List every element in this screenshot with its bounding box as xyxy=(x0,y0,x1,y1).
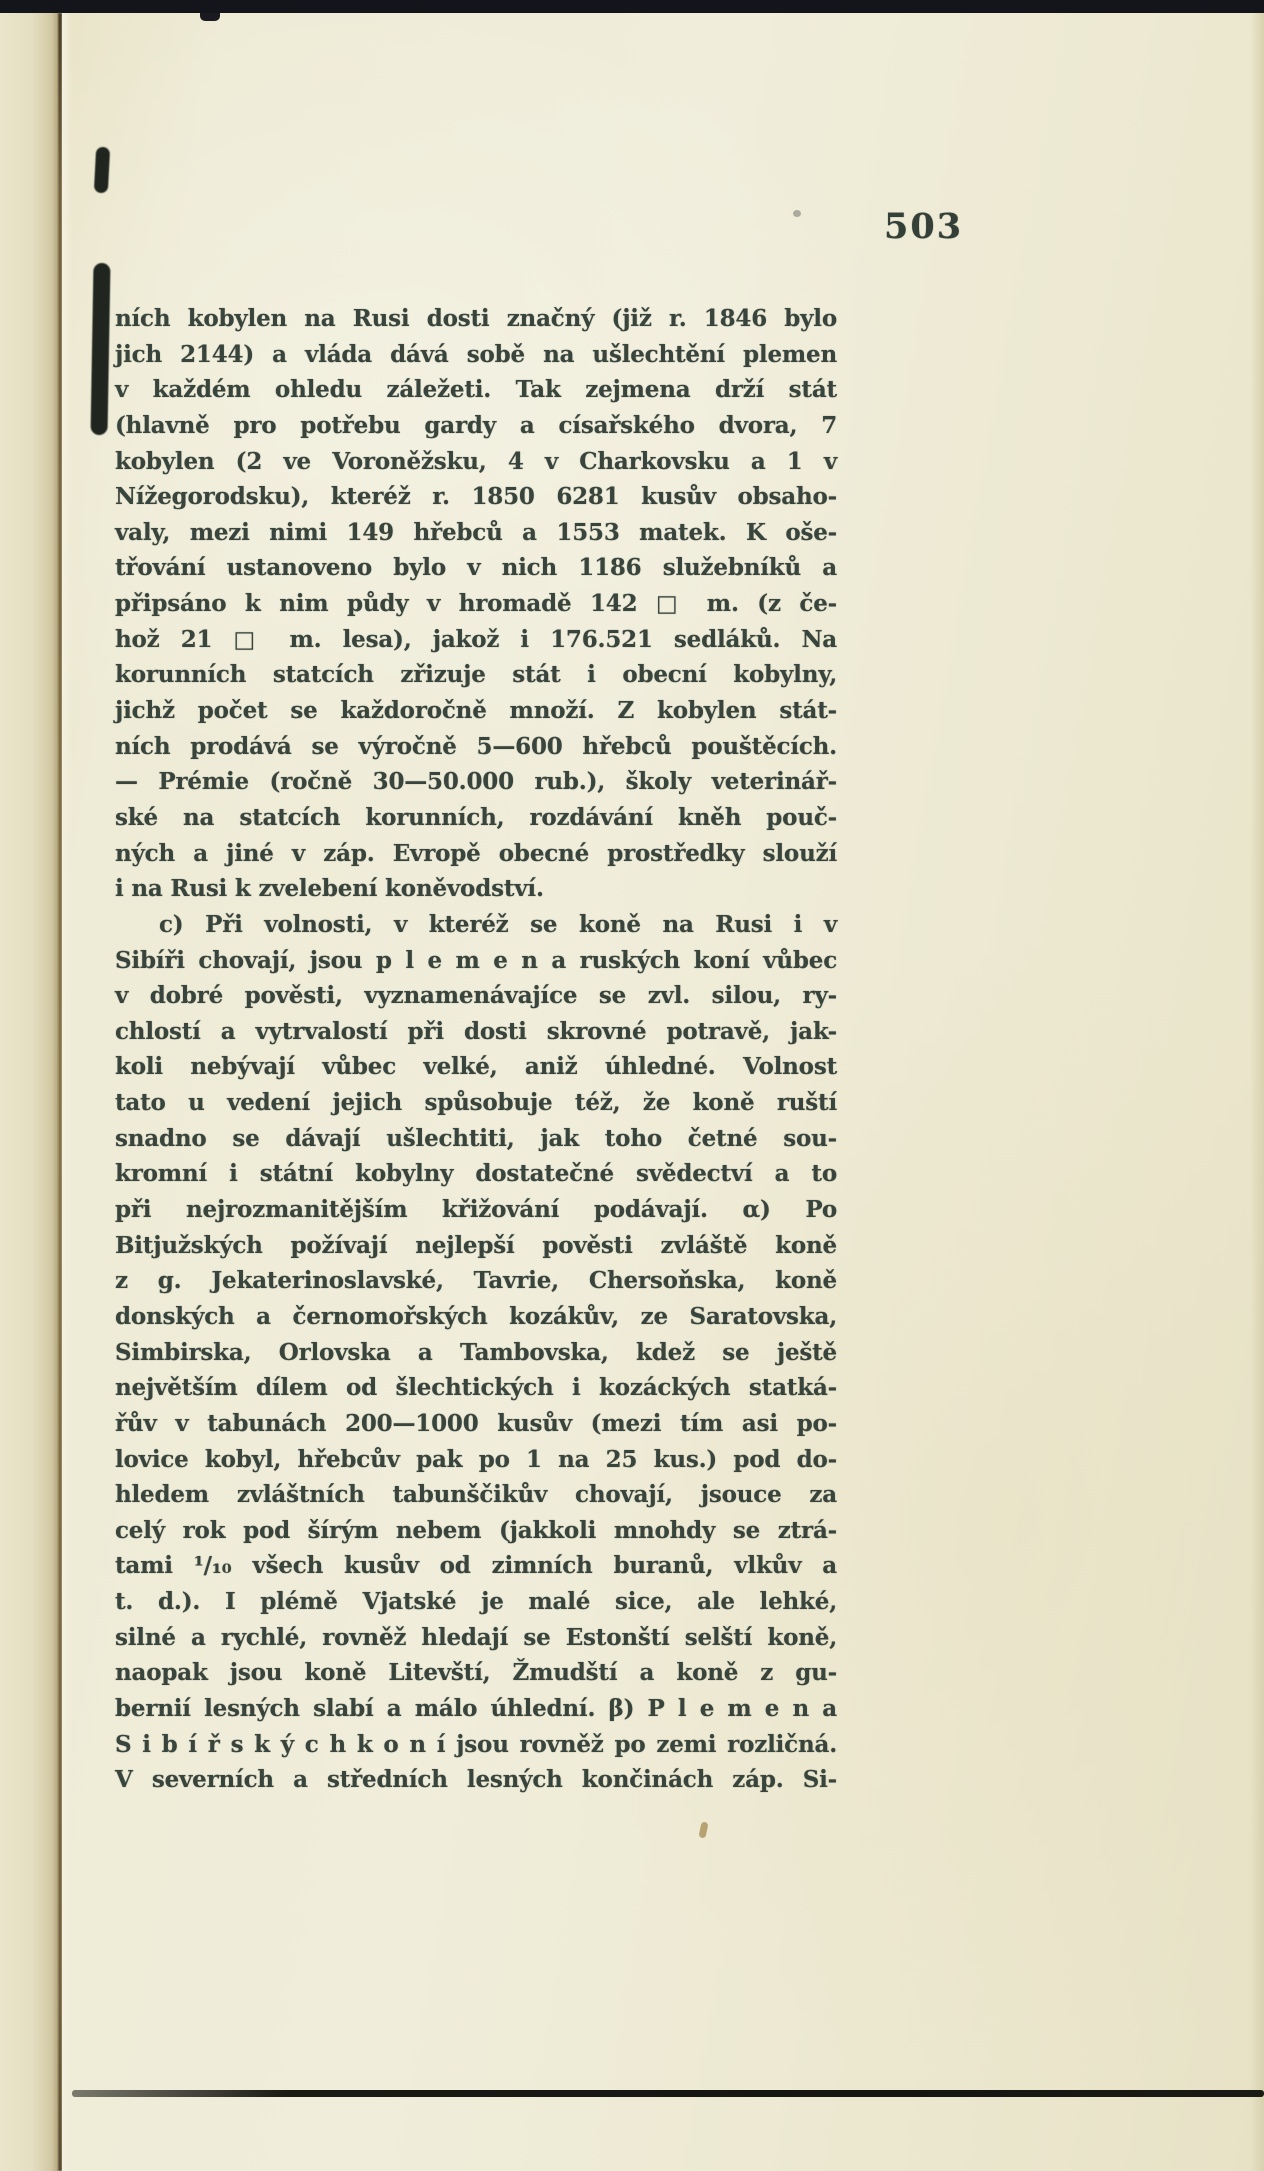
ink-smudge xyxy=(94,147,110,194)
page-gutter xyxy=(0,13,58,2171)
text-line: největším dílem od šlechtických i kozáck… xyxy=(115,1370,837,1406)
text-line: Simbirska, Orlovska a Tambovska, kdež se… xyxy=(115,1335,837,1371)
scanned-book-page: 503 ních kobylen na Rusi dosti značný (j… xyxy=(0,0,1264,2171)
text-line: tato u vedení jejich spůsobuje též, že k… xyxy=(115,1085,837,1121)
text-line: ních prodává se výročně 5—600 hřebců pou… xyxy=(115,729,837,765)
scan-top-edge xyxy=(0,0,1264,13)
text-line: silné a rychlé, rovněž hledají se Estonš… xyxy=(115,1620,837,1656)
text-line: S i b í ř s k ý c h k o n í jsou rovněž … xyxy=(115,1727,837,1763)
text-line: při nejrozmanitějším křižování podávají.… xyxy=(115,1192,837,1228)
text-line: — Prémie (ročně 30—50.000 rub.), školy v… xyxy=(115,764,837,800)
scan-top-notch xyxy=(200,13,220,21)
text-line: jichž počet se každoročně množí. Z kobyl… xyxy=(115,693,837,729)
text-line: hledem zvláštních tabunščikův chovají, j… xyxy=(115,1477,837,1513)
text-line: hož 21 □ m. lesa), jakož i 176.521 sedlá… xyxy=(115,622,837,658)
text-line: V severních a středních lesných končinác… xyxy=(115,1762,837,1798)
text-line: donských a černomořských kozákův, ze Sar… xyxy=(115,1299,837,1335)
text-line: valy, mezi nimi 149 hřebců a 1553 matek.… xyxy=(115,515,837,551)
text-line: snadno se dávají ušlechtiti, jak toho če… xyxy=(115,1121,837,1157)
text-line: chlostí a vytrvalostí při dosti skrovné … xyxy=(115,1014,837,1050)
text-line: v dobré pověsti, vyznamenávajíce se zvl.… xyxy=(115,978,837,1014)
text-line: v každém ohledu záležeti. Tak zejmena dr… xyxy=(115,372,837,408)
paper-speck xyxy=(793,210,801,217)
text-line: třování ustanoveno bylo v nich 1186 služ… xyxy=(115,550,837,586)
text-line: jich 2144) a vláda dává sobě na ušlechtě… xyxy=(115,337,837,373)
text-line: připsáno k nim půdy v hromadě 142 □ m. (… xyxy=(115,586,837,622)
text-line: korunních statcích zřizuje stát i obecní… xyxy=(115,657,837,693)
text-line: naopak jsou koně Litevští, Žmudští a kon… xyxy=(115,1655,837,1691)
paper-speck xyxy=(698,1821,708,1838)
bottom-rule xyxy=(72,2090,1264,2097)
text-line: c) Při volnosti, v kteréž se koně na Rus… xyxy=(115,907,837,943)
text-line: lovice kobyl, hřebcův pak po 1 na 25 kus… xyxy=(115,1442,837,1478)
body-text: ních kobylen na Rusi dosti značný (již r… xyxy=(115,301,837,1798)
text-line: kobylen (2 ve Voroněžsku, 4 v Charkovsku… xyxy=(115,444,837,480)
ink-smudge xyxy=(91,263,111,435)
text-line: ské na statcích korunních, rozdávání kně… xyxy=(115,800,837,836)
text-line: Nížegorodsku), kteréž r. 1850 6281 kusův… xyxy=(115,479,837,515)
text-line: ných a jiné v záp. Evropě obecné prostře… xyxy=(115,836,837,872)
text-line: bernií lesných slabí a málo úhlední. β) … xyxy=(115,1691,837,1727)
text-line: z g. Jekaterinoslavské, Tavrie, Chersoňs… xyxy=(115,1263,837,1299)
crease-highlight xyxy=(62,13,72,2171)
text-line: tami ¹/₁₀ všech kusův od zimních buranů,… xyxy=(115,1548,837,1584)
text-line: řův v tabunách 200—1000 kusův (mezi tím … xyxy=(115,1406,837,1442)
text-line: Bitjužských požívají nejlepší pověsti zv… xyxy=(115,1228,837,1264)
text-line: kromní i státní kobylny dostatečné svěde… xyxy=(115,1156,837,1192)
text-line: Sibíři chovají, jsou p l e m e n a ruský… xyxy=(115,943,837,979)
text-line: celý rok pod šírým nebem (jakkoli mnohdy… xyxy=(115,1513,837,1549)
page-right-edge xyxy=(1250,13,1264,2171)
text-line: koli nebývají vůbec velké, aniž úhledné.… xyxy=(115,1049,837,1085)
text-line: ních kobylen na Rusi dosti značný (již r… xyxy=(115,301,837,337)
text-line: (hlavně pro potřebu gardy a císařského d… xyxy=(115,408,837,444)
text-line: i na Rusi k zvelebení koněvodství. xyxy=(115,871,837,907)
text-line: t. d.). I plémě Vjatské je malé sice, al… xyxy=(115,1584,837,1620)
page-number: 503 xyxy=(884,206,1004,247)
